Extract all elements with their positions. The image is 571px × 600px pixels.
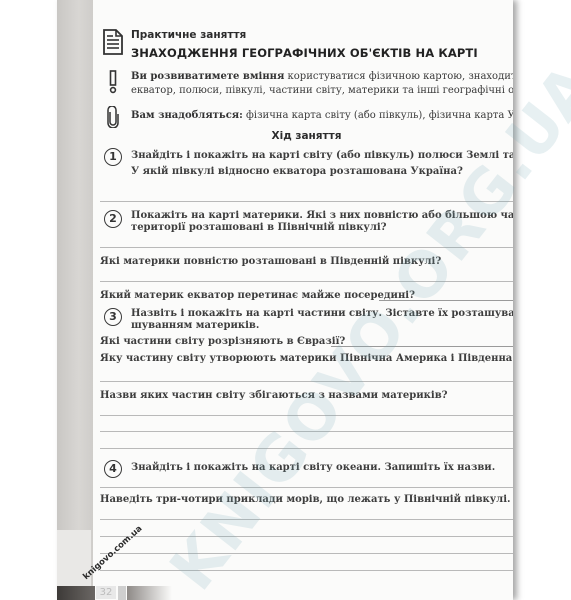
- task-3-text-line-1: Назвіть і покажіть на карті частини світ…: [131, 308, 513, 319]
- question-americas: Яку частину світу утворюють материки Пів…: [100, 353, 513, 364]
- footer-bar-light: [118, 586, 126, 600]
- task-1-text-line-1: Знайдіть і покажіть на карті світу (або …: [131, 150, 513, 161]
- task-2-text-line-1: Покажіть на карті материки. Які з них по…: [131, 210, 513, 221]
- task-1-text-line-2: У якій півкулі відносно екватора розташо…: [131, 166, 463, 177]
- section-title: Хід заняття: [100, 130, 513, 142]
- answer-line[interactable]: [100, 415, 513, 416]
- answer-line[interactable]: [100, 553, 513, 554]
- goals-line-1: Ви розвиватимете вміння користуватися фі…: [131, 71, 513, 82]
- answer-line[interactable]: [100, 519, 513, 520]
- answer-line[interactable]: [331, 346, 513, 347]
- task-4-text-line-1: Знайдіть і покажіть на карті світу океан…: [131, 462, 495, 473]
- question-matching-names: Назви яких частин світу збігаються з наз…: [100, 390, 448, 401]
- footer-bar-gradient: [127, 586, 172, 600]
- task-2-number: 2: [104, 210, 122, 228]
- page-number: 32: [96, 586, 116, 599]
- answer-line[interactable]: [100, 431, 513, 432]
- question-southern-hemisphere: Які материки повністю розташовані в Півд…: [100, 256, 441, 267]
- exclamation-icon: [108, 70, 118, 98]
- task-3-number: 3: [104, 308, 122, 326]
- page-content: Практичне заняття ЗНАХОДЖЕННЯ ГЕОГРАФІЧН…: [100, 0, 513, 600]
- answer-line[interactable]: [100, 536, 513, 537]
- goals-lead: Ви розвиватимете вміння: [131, 71, 284, 82]
- question-eurasia-parts: Які частини світу розрізняють в Євразії?: [100, 336, 345, 347]
- answer-line[interactable]: [100, 201, 513, 202]
- goals-text: користуватися фізичною картою, знаходити…: [284, 71, 513, 82]
- page-title: ЗНАХОДЖЕННЯ ГЕОГРАФІЧНИХ ОБ'ЄКТІВ НА КАР…: [131, 46, 478, 60]
- page-margin-strip: [57, 0, 93, 600]
- task-4-number: 4: [104, 460, 122, 478]
- lesson-type-label: Практичне заняття: [131, 29, 246, 41]
- workbook-page: Практичне заняття ЗНАХОДЖЕННЯ ГЕОГРАФІЧН…: [57, 0, 513, 600]
- answer-line[interactable]: [100, 570, 513, 571]
- question-equator-continent: Який материк екватор перетинає майже пос…: [100, 290, 415, 301]
- footer-bar-dark: [57, 586, 95, 600]
- answer-line[interactable]: [100, 281, 513, 282]
- answer-line[interactable]: [379, 300, 513, 301]
- answer-line[interactable]: [100, 381, 513, 382]
- task-1-number: 1: [104, 148, 122, 166]
- materials-line: Вам знадобляться: фізична карта світу (а…: [131, 110, 513, 121]
- document-icon: [102, 29, 124, 59]
- materials-text: фізична карта світу (або півкуль), фізич…: [243, 110, 513, 121]
- answer-line[interactable]: [100, 247, 513, 248]
- answer-line[interactable]: [100, 487, 513, 488]
- question-northern-seas: Наведіть три-чотири приклади морів, що л…: [100, 494, 511, 505]
- answer-line[interactable]: [100, 448, 513, 449]
- paperclip-icon: [106, 106, 120, 132]
- task-3-text-line-2: шуванням материків.: [131, 320, 259, 331]
- materials-lead: Вам знадобляться:: [131, 110, 243, 121]
- task-2-text-line-2: території розташовані в Північній півкул…: [131, 222, 387, 233]
- goals-line-2: екватор, полюси, півкулі, частини світу,…: [131, 85, 513, 96]
